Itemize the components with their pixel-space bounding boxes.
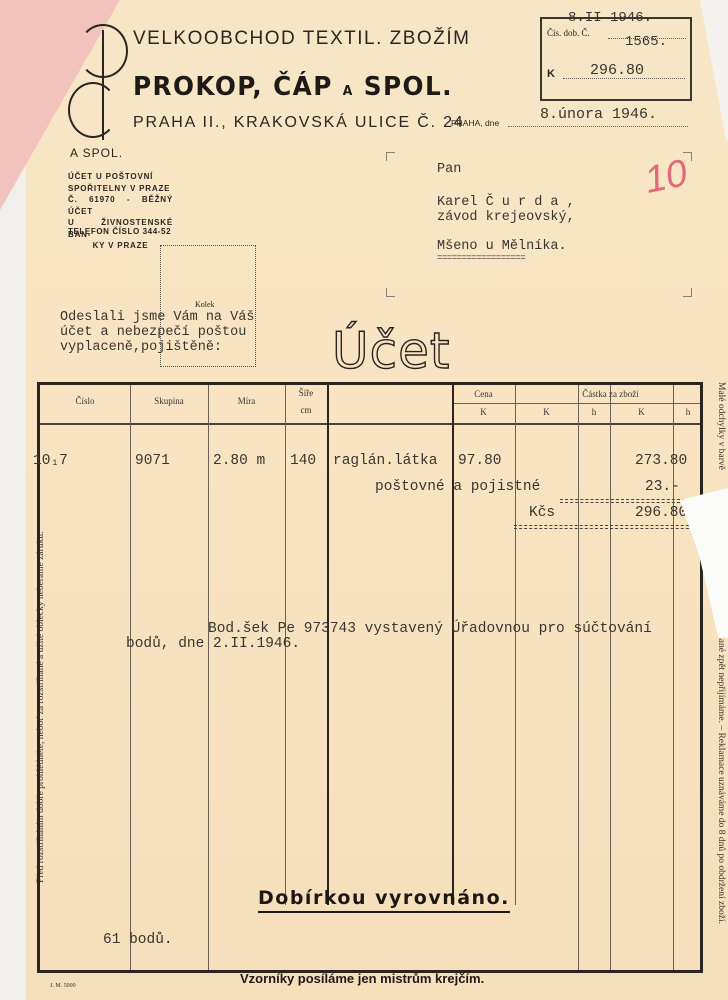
recipient-salutation: Pan [437,162,575,177]
header-skupina: Skupina [130,396,208,406]
cell-mira: 2.80 m [213,453,265,469]
date-label: PRAHA, dne [451,118,499,128]
company-name: PROKOP, ČÁP A SPOL. [133,72,453,102]
cod-date-stamp: 8.II 1946. [568,10,652,26]
cell-cislo: 10₁7 [33,453,68,469]
header-castka-h1: h [578,407,610,417]
window-corner-tr [683,152,692,161]
cod-number: 1565. [625,34,667,50]
window-corner-tl [386,152,395,161]
shipping-note: Odeslali jsme Vám na Váš účet a nebezpeč… [60,310,254,355]
points-total: 61 bodů. [103,932,173,948]
window-corner-br [683,288,692,297]
header-castka-k1: K [515,407,578,417]
header-cislo: Číslo [40,396,130,406]
header-sire-unit: cm [285,405,327,415]
document-title: Účet [332,322,450,380]
col-divider [130,385,131,970]
recipient-name: Karel Č u r d a , [437,195,575,210]
col-divider [515,385,516,905]
cell-popis: raglán.látka [333,453,437,469]
recipient-business: závod krejeovský, [437,210,575,225]
recipient-city: Mšeno u Mělníka. [437,239,575,254]
col-divider [673,385,674,970]
print-code: J. M. 5000 [50,983,76,989]
col-divider [327,385,329,905]
cell-postage-amount: 23.- [645,479,680,495]
invoice-date: 8.února 1946. [540,106,657,123]
business-type: VELKOOBCHOD TEXTIL. ZBOŽÍM [133,28,470,50]
col-divider [610,385,611,970]
cell-cena: 97.80 [458,453,502,469]
phone-number: TELEFON ČÍSLO 344-52 [68,227,171,236]
cod-amount-label: K [547,68,555,80]
recipient-underline: ================== [437,254,575,263]
total-rule [514,525,704,529]
cod-amount: 296.80 [590,62,644,79]
kolek-label: Kolek [195,300,215,309]
total-amount: 296.80 [635,505,687,521]
footer-note: Vzorníky posíláme jen mistrům krejčím. [240,971,484,986]
header-cena: Cena [452,389,515,399]
header-sire: Šíře [285,388,327,398]
voucher-note-line1: Bod.šek Pe 973743 vystavený Úřadovnou pr… [208,621,652,637]
company-address: PRAHA II., KRAKOVSKÁ ULICE Č. 24 [133,114,464,132]
date-dotline [508,126,688,127]
subtotal-rule [560,499,685,503]
header-castka: Částka za zboží [515,389,706,399]
header-castka-h2: h [673,407,703,417]
invoice-table: Číslo Skupina Míra Šíře cm Cena K Částka… [37,382,703,973]
handwritten-annotation: 10 [641,152,691,203]
cell-sire: 140 [290,453,316,469]
cell-castka: 273.80 [635,453,687,469]
total-label: Kčs [529,505,555,521]
col-divider [208,385,209,970]
cod-number-label: Čís. dob. Č. [547,28,590,38]
paid-stamp: Dobírkou vyrovnáno. [258,887,510,913]
col-divider [452,385,454,905]
bank-info: ÚČET U POŠTOVNÍ SPOŘITELNY V PRAZE Č. 61… [68,171,173,252]
right-margin-note-top: Malé odchylky v barvě [716,382,726,470]
header-subline [453,403,700,404]
logo-stem-icon [102,30,104,140]
logo-lower-arc-icon [68,82,118,138]
window-corner-bl [386,288,395,297]
recipient-address: Pan Karel Č u r d a , závod krejeovský, … [437,162,575,263]
cell-postage-label: poštovné a pojistné [375,479,540,495]
header-castka-k2: K [610,407,673,417]
col-divider [578,385,579,970]
right-margin-note-bottom: zboží objednané zpět nepřijímáme. – Rekl… [716,590,726,924]
header-mira: Míra [208,396,285,406]
logo-caption: A SPOL. [70,146,123,160]
header-cena-unit: K [452,407,515,417]
voucher-note-line2: bodů, dne 2.II.1946. [126,636,300,652]
cell-skupina: 9071 [135,453,170,469]
header-separator [40,423,700,425]
